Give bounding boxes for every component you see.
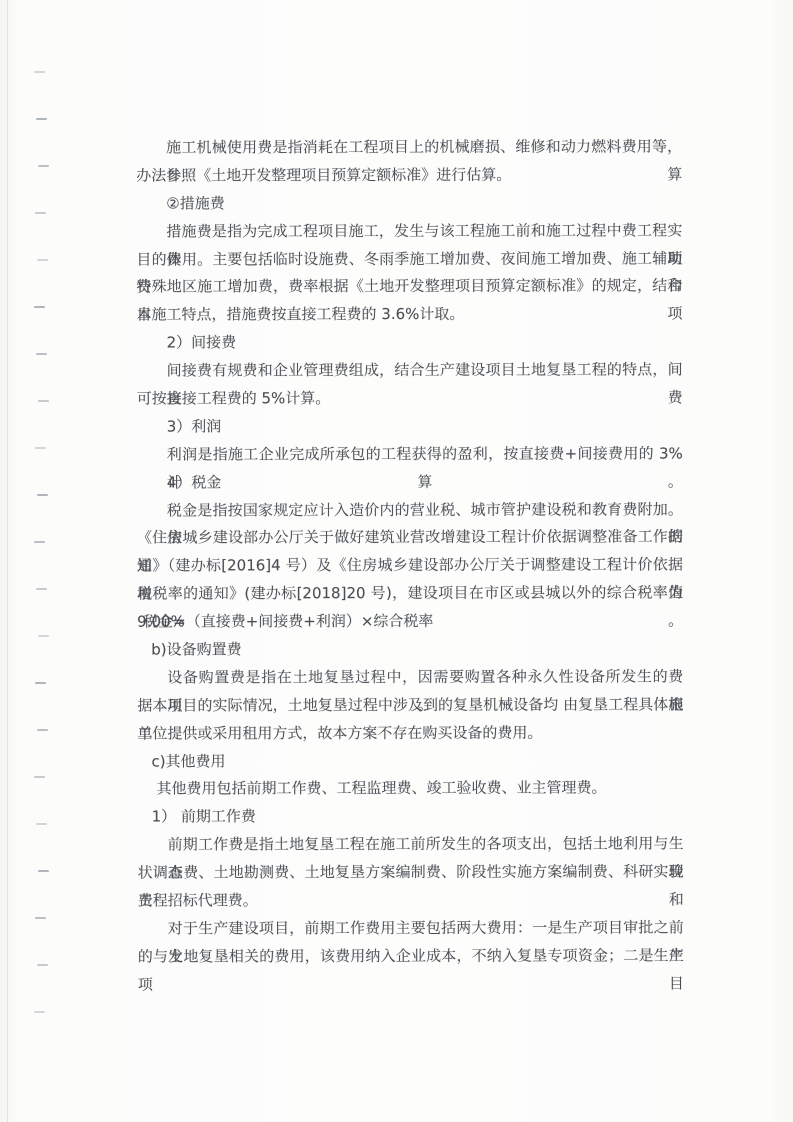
text-line: 利润是指施工企业完成所承包的工程获得的盈利，按直接费+间接费用的 3%计算。 [137, 440, 683, 469]
text-line: 对于生产建设项目，前期工作费用主要包括两大费用：一是生产项目审批之前发生 [138, 914, 684, 943]
scanned-document-page: 施工机械使用费是指消耗在工程项目上的机械磨损、维修和动力燃料费用等，计算办法参照… [0, 0, 793, 1122]
binding-mark [35, 212, 46, 214]
document-text-block: 施工机械使用费是指消耗在工程项目上的机械磨损、维修和动力燃料费用等，计算办法参照… [136, 133, 684, 971]
text-line: ②措施费 [136, 189, 682, 218]
binding-mark [35, 682, 46, 684]
page-edge-line [7, 0, 8, 1122]
binding-mark [36, 823, 47, 825]
binding-mark [37, 729, 48, 731]
text-line: c)其他费用 [137, 747, 683, 776]
binding-mark [34, 71, 45, 73]
text-line: 据本项目的实际情况，土地复垦过程中涉及到的复垦机械设备均 由复垦工程具体施工 [137, 691, 683, 720]
text-line: 1） 前期工作费 [138, 803, 684, 832]
binding-mark [38, 635, 49, 637]
binding-mark [34, 541, 45, 543]
text-line: b)设备购置费 [137, 635, 683, 664]
binding-mark [37, 494, 48, 496]
text-line: 其他费用包括前期工作费、工程监理费、竣工验收费、业主管理费。 [137, 775, 683, 804]
text-line: 《住房城乡建设部办公厅关于做好建筑业营改增建设工程计价依据调整准备工作的通 [137, 524, 683, 553]
text-line: 2）间接费 [137, 329, 683, 358]
text-line: 的与土地复垦相关的费用，该费用纳入企业成本，不纳入复垦专项资金；二是生产项目 [138, 942, 684, 971]
text-line: 特殊地区施工增加费，费率根据《土地开发整理项目预算定额标准》的规定，结合本项 [136, 273, 682, 302]
text-line: 税金是指按国家规定应计入造价内的营业税、城市管护建设税和教育费附加。依据 [137, 496, 683, 525]
binding-mark [35, 447, 46, 449]
binding-mark [34, 306, 45, 308]
text-line: 措施费是指为完成工程项目施工，发生与该工程施工前和施工过程中费工程实体项 [136, 217, 682, 246]
text-line: 知》（建办标[2016]4 号）及《住房城乡建设部办公厅关于调整建设工程计价依据… [137, 552, 683, 581]
text-line: 状调查费、土地勘测费、土地复垦方案编制费、阶段性实施方案编制费、科研实验费和 [138, 859, 684, 888]
text-line: 间接费有规费和企业管理费组成，结合生产建设项目土地复垦工程的特点，间接费 [137, 357, 683, 386]
binding-mark [36, 353, 47, 355]
text-line: 单位提供或采用租用方式，故本方案不存在购买设备的费用。 [137, 719, 683, 748]
text-line: 3）利润 [137, 412, 683, 441]
text-line: 设备购置费是指在土地复垦过程中，因需要购置各种永久性设备所发生的费用。根 [137, 663, 683, 692]
binding-mark [36, 588, 47, 590]
binding-mark [35, 917, 46, 919]
binding-mark [37, 964, 48, 966]
text-line: 施工机械使用费是指消耗在工程项目上的机械磨损、维修和动力燃料费用等，计算 [136, 133, 682, 162]
binding-mark [38, 165, 49, 167]
binding-mark [34, 1011, 45, 1013]
binding-mark [38, 870, 49, 872]
binding-mark [38, 400, 49, 402]
text-line: 目的费用。主要包括临时设施费、冬雨季施工增加费、夜间施工增加费、施工辅助费和 [136, 245, 682, 274]
binding-mark [37, 259, 48, 261]
binding-mark [34, 776, 45, 778]
binding-mark [36, 118, 47, 120]
text-line: 税税率的通知》(建办标[2018]20 号)，建设项目在市区或县城以外的综合税率… [137, 580, 683, 609]
text-line: 前期工作费是指土地复垦工程在施工前所发生的各项支出，包括土地利用与生态现 [138, 831, 684, 860]
